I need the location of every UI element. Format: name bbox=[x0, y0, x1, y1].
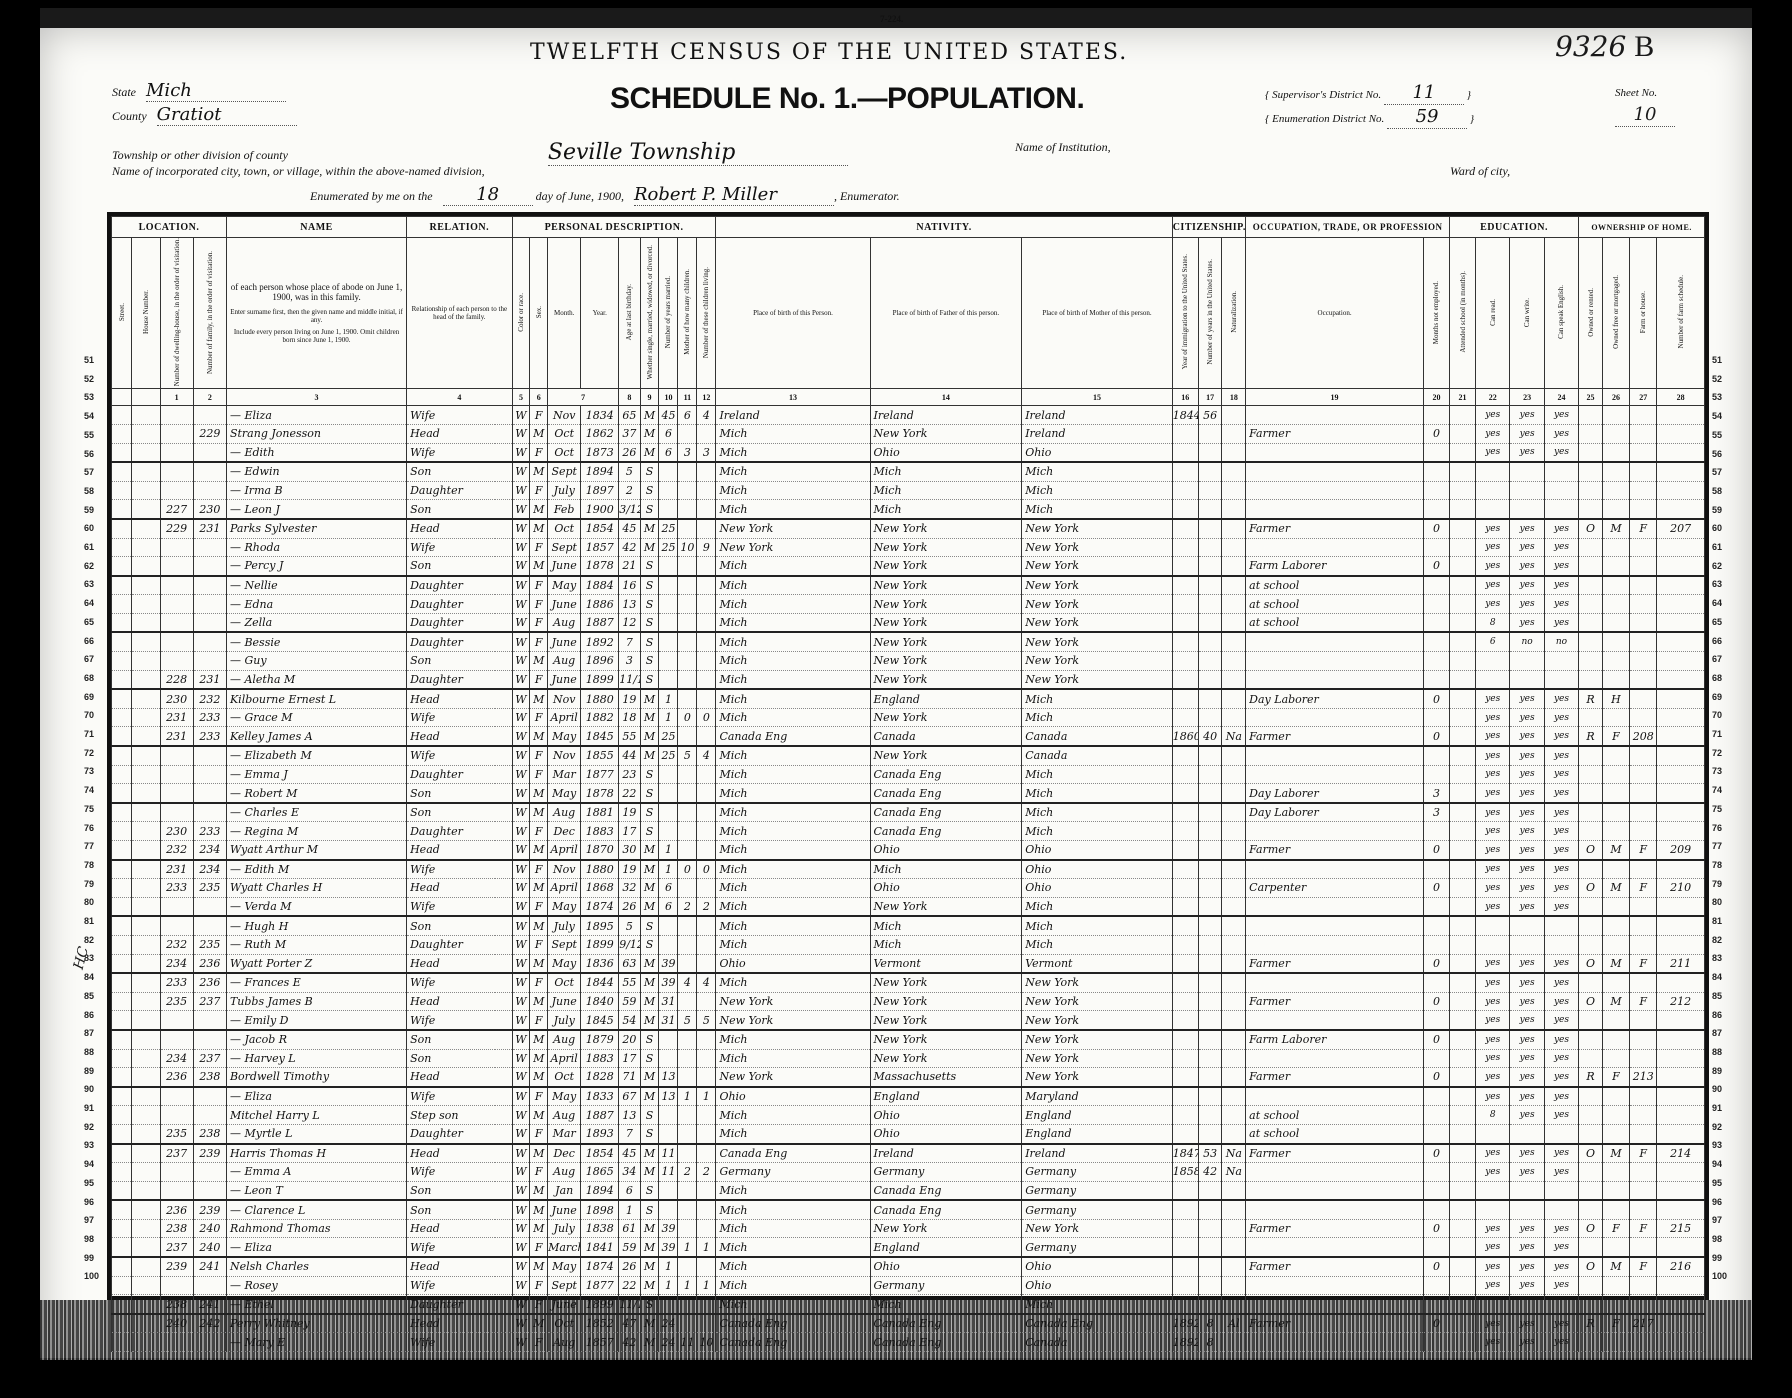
cell-years-us bbox=[1198, 1219, 1222, 1238]
cell-children-living bbox=[697, 689, 716, 708]
cell-pob-mother: Vermont bbox=[1022, 954, 1173, 973]
cell-occupation bbox=[1246, 1181, 1424, 1200]
cell-color: W bbox=[512, 1124, 530, 1143]
cell-family bbox=[193, 784, 226, 803]
cell-age: 20 bbox=[619, 1030, 640, 1049]
line-number: 56 bbox=[1712, 449, 1722, 459]
cell-dwelling bbox=[160, 784, 193, 803]
column-number: 22 bbox=[1476, 389, 1510, 406]
cell-sex: M bbox=[530, 992, 548, 1011]
cell-school bbox=[1450, 443, 1476, 462]
cell-children-living: 3 bbox=[697, 443, 716, 462]
cell-birth-year: 1884 bbox=[581, 576, 619, 595]
cell-pob-person: Mich bbox=[716, 1219, 870, 1238]
cell-years-us bbox=[1198, 538, 1222, 557]
cell-birth-month: Nov bbox=[548, 746, 581, 765]
cell-birth-year: 1878 bbox=[581, 557, 619, 576]
cell-color: W bbox=[512, 1049, 530, 1068]
cell-family: 233 bbox=[193, 822, 226, 841]
cell-farm-schedule bbox=[1657, 443, 1705, 462]
cell-relation: Wife bbox=[407, 973, 512, 992]
cell-relation: Son bbox=[407, 784, 512, 803]
group-citizenship: CITIZENSHIP. bbox=[1172, 217, 1245, 238]
cell-marital: M bbox=[640, 860, 659, 879]
line-number: 75 bbox=[1712, 804, 1722, 814]
cell-family: 240 bbox=[193, 1219, 226, 1238]
cell-farm-house: 217 bbox=[1630, 1314, 1657, 1333]
cell-pob-person: New York bbox=[716, 1068, 870, 1087]
cell-school bbox=[1450, 841, 1476, 860]
line-number: 86 bbox=[1712, 1010, 1722, 1020]
cell-school bbox=[1450, 727, 1476, 746]
cell-free-mortgaged: M bbox=[1602, 841, 1629, 860]
cell-marital: M bbox=[640, 708, 659, 727]
cell-farm-schedule bbox=[1657, 595, 1705, 614]
cell-mother-of: 5 bbox=[678, 746, 697, 765]
line-number: 80 bbox=[1712, 897, 1722, 907]
cell-naturalization bbox=[1222, 708, 1246, 727]
cell-relation: Son bbox=[407, 1049, 512, 1068]
cell-naturalization bbox=[1222, 746, 1246, 765]
cell-can-speak: yes bbox=[1544, 519, 1578, 538]
cell-farm-house bbox=[1630, 803, 1657, 822]
cell-birth-month: June bbox=[548, 632, 581, 651]
cell-occupation: Farmer bbox=[1246, 1314, 1424, 1333]
cell-family: 233 bbox=[193, 708, 226, 727]
cell-immigration bbox=[1172, 822, 1198, 841]
cell-school bbox=[1450, 1314, 1476, 1333]
cell-dwelling: 234 bbox=[160, 1049, 193, 1068]
cell-pob-father: Mich bbox=[870, 935, 1022, 954]
cell-immigration bbox=[1172, 1181, 1198, 1200]
cell-occupation: Farmer bbox=[1246, 992, 1424, 1011]
cell-street bbox=[112, 1049, 132, 1068]
cell-street bbox=[112, 443, 132, 462]
cell-can-read bbox=[1476, 481, 1510, 500]
cell-years-married bbox=[659, 935, 678, 954]
cell-marital: M bbox=[640, 897, 659, 916]
cell-free-mortgaged: M bbox=[1602, 879, 1629, 898]
cell-free-mortgaged: M bbox=[1602, 1144, 1629, 1163]
line-number: 78 bbox=[1712, 860, 1722, 870]
cell-can-write: yes bbox=[1510, 973, 1544, 992]
cell-owned-rented bbox=[1579, 538, 1603, 557]
cell-farm-house bbox=[1630, 1276, 1657, 1295]
cell-sex: F bbox=[530, 973, 548, 992]
column-number: 7 bbox=[548, 389, 619, 406]
cell-can-read: yes bbox=[1476, 557, 1510, 576]
cell-birth-month: July bbox=[548, 1011, 581, 1030]
cell-free-mortgaged bbox=[1602, 406, 1629, 425]
cell-name: — Percy J bbox=[226, 557, 406, 576]
cell-can-speak bbox=[1544, 916, 1578, 935]
line-number: 74 bbox=[84, 785, 94, 795]
supervisor-value: 11 bbox=[1384, 82, 1464, 105]
cell-free-mortgaged bbox=[1602, 935, 1629, 954]
cell-months-unemployed bbox=[1423, 595, 1449, 614]
table-row: — NellieDaughterWFMay188416SMichNew York… bbox=[112, 576, 1705, 595]
col-relation: Relationship of each person to the head … bbox=[407, 238, 512, 389]
cell-free-mortgaged bbox=[1602, 557, 1629, 576]
cell-family bbox=[193, 652, 226, 671]
cell-years-married: 11 bbox=[659, 1163, 678, 1182]
cell-can-read: yes bbox=[1476, 784, 1510, 803]
cell-family: 241 bbox=[193, 1257, 226, 1276]
cell-marital: S bbox=[640, 557, 659, 576]
table-row: — Irma BDaughterWFJuly18972SMichMichMich bbox=[112, 481, 1705, 500]
cell-family: 236 bbox=[193, 973, 226, 992]
cell-mother-of bbox=[678, 670, 697, 689]
cell-relation: Son bbox=[407, 1181, 512, 1200]
table-row: — Elizabeth MWifeWFNov185544M2554MichNew… bbox=[112, 746, 1705, 765]
cell-mother-of bbox=[678, 576, 697, 595]
cell-owned-rented bbox=[1579, 462, 1603, 481]
cell-months-unemployed bbox=[1423, 538, 1449, 557]
line-number: 100 bbox=[84, 1271, 99, 1281]
column-number: 5 bbox=[512, 389, 530, 406]
table-row: — Emma AWifeWFAug186534M1122GermanyGerma… bbox=[112, 1163, 1705, 1182]
cell-immigration bbox=[1172, 595, 1198, 614]
cell-sex: M bbox=[530, 1200, 548, 1219]
cell-can-speak: yes bbox=[1544, 1144, 1578, 1163]
cell-years-married: 1 bbox=[659, 841, 678, 860]
column-number: 23 bbox=[1510, 389, 1544, 406]
cell-pob-person: Mich bbox=[716, 500, 870, 519]
cell-pob-person: Ohio bbox=[716, 1087, 870, 1106]
cell-years-married: 13 bbox=[659, 1087, 678, 1106]
cell-can-write bbox=[1510, 670, 1544, 689]
cell-sex: M bbox=[530, 954, 548, 973]
enumeration-label: Enumeration District No. bbox=[1272, 113, 1384, 125]
cell-months-unemployed bbox=[1423, 576, 1449, 595]
cell-occupation: Farmer bbox=[1246, 1219, 1424, 1238]
cell-birth-month: May bbox=[548, 784, 581, 803]
column-numbers: 1234567891011121314151617181920212223242… bbox=[112, 389, 1705, 406]
cell-pob-person: Mich bbox=[716, 822, 870, 841]
cell-marital: M bbox=[640, 746, 659, 765]
cell-school bbox=[1450, 406, 1476, 425]
cell-age: 19 bbox=[619, 689, 640, 708]
cell-farm-schedule bbox=[1657, 727, 1705, 746]
line-number: 58 bbox=[1712, 486, 1722, 496]
cell-family bbox=[193, 576, 226, 595]
cell-children-living bbox=[697, 954, 716, 973]
cell-relation: Son bbox=[407, 916, 512, 935]
cell-mother-of bbox=[678, 765, 697, 784]
cell-house bbox=[132, 1257, 160, 1276]
cell-family bbox=[193, 462, 226, 481]
cell-family: 237 bbox=[193, 1049, 226, 1068]
cell-farm-house bbox=[1630, 462, 1657, 481]
cell-farm-house: F bbox=[1630, 1257, 1657, 1276]
line-number: 98 bbox=[1712, 1234, 1722, 1244]
cell-years-married: 39 bbox=[659, 1219, 678, 1238]
line-number: 79 bbox=[84, 879, 94, 889]
cell-marital: M bbox=[640, 1314, 659, 1333]
cell-can-write bbox=[1510, 500, 1544, 519]
cell-owned-rented bbox=[1579, 443, 1603, 462]
cell-house bbox=[132, 841, 160, 860]
cell-occupation: at school bbox=[1246, 576, 1424, 595]
cell-relation: Wife bbox=[407, 406, 512, 425]
cell-months-unemployed bbox=[1423, 481, 1449, 500]
cell-can-speak bbox=[1544, 1295, 1578, 1314]
cell-name: — Eliza bbox=[226, 1087, 406, 1106]
cell-family bbox=[193, 803, 226, 822]
cell-dwelling: 236 bbox=[160, 1068, 193, 1087]
cell-house bbox=[132, 576, 160, 595]
cell-months-unemployed bbox=[1423, 652, 1449, 671]
line-number: 82 bbox=[84, 935, 94, 945]
cell-children-living bbox=[697, 1144, 716, 1163]
cell-years-us bbox=[1198, 860, 1222, 879]
cell-pob-mother: Ohio bbox=[1022, 841, 1173, 860]
table-row: 237240— ElizaWifeWFMarch184159M3911MichE… bbox=[112, 1238, 1705, 1257]
cell-family: 235 bbox=[193, 879, 226, 898]
cell-free-mortgaged bbox=[1602, 670, 1629, 689]
cell-immigration: 1892 bbox=[1172, 1314, 1198, 1333]
line-number: 88 bbox=[1712, 1047, 1722, 1057]
cell-color: W bbox=[512, 1181, 530, 1200]
cell-pob-mother: Mich bbox=[1022, 916, 1173, 935]
cell-relation: Son bbox=[407, 557, 512, 576]
cell-school bbox=[1450, 557, 1476, 576]
cell-immigration bbox=[1172, 1106, 1198, 1125]
cell-mother-of: 1 bbox=[678, 1087, 697, 1106]
cell-color: W bbox=[512, 1163, 530, 1182]
column-number bbox=[132, 389, 160, 406]
cell-free-mortgaged bbox=[1602, 1333, 1629, 1352]
cell-pob-mother: Ohio bbox=[1022, 1257, 1173, 1276]
col-house: House Number. bbox=[132, 238, 160, 389]
line-number: 94 bbox=[1712, 1159, 1722, 1169]
cell-street bbox=[112, 462, 132, 481]
cell-years-married bbox=[659, 765, 678, 784]
cell-street bbox=[112, 860, 132, 879]
cell-can-write: yes bbox=[1510, 1163, 1544, 1182]
cell-family bbox=[193, 406, 226, 425]
cell-birth-year: 1834 bbox=[581, 406, 619, 425]
cell-can-write: yes bbox=[1510, 1276, 1544, 1295]
cell-mother-of: 2 bbox=[678, 897, 697, 916]
cell-family: 238 bbox=[193, 1124, 226, 1143]
cell-farm-schedule: 209 bbox=[1657, 841, 1705, 860]
cell-relation: Wife bbox=[407, 1011, 512, 1030]
cell-pob-father: Canada bbox=[870, 727, 1022, 746]
cell-can-read: yes bbox=[1476, 1238, 1510, 1257]
cell-can-speak bbox=[1544, 935, 1578, 954]
cell-can-write: yes bbox=[1510, 1314, 1544, 1333]
cell-age: 37 bbox=[619, 424, 640, 443]
cell-months-unemployed bbox=[1423, 1238, 1449, 1257]
line-number: 58 bbox=[84, 486, 94, 496]
cell-sex: F bbox=[530, 481, 548, 500]
cell-months-unemployed bbox=[1423, 1011, 1449, 1030]
cell-farm-schedule: 211 bbox=[1657, 954, 1705, 973]
cell-relation: Wife bbox=[407, 443, 512, 462]
cell-can-read bbox=[1476, 500, 1510, 519]
cell-children-living bbox=[697, 1124, 716, 1143]
cell-street bbox=[112, 481, 132, 500]
line-number: 51 bbox=[84, 355, 94, 365]
cell-years-us bbox=[1198, 1295, 1222, 1314]
col-years-married: Number of years married. bbox=[659, 238, 678, 389]
line-number: 57 bbox=[84, 467, 94, 477]
group-nativity: NATIVITY. bbox=[716, 217, 1172, 238]
line-number: 68 bbox=[84, 673, 94, 683]
cell-months-unemployed: 0 bbox=[1423, 727, 1449, 746]
cell-can-write bbox=[1510, 935, 1544, 954]
cell-occupation: Farmer bbox=[1246, 424, 1424, 443]
cell-sex: F bbox=[530, 538, 548, 557]
cell-naturalization bbox=[1222, 538, 1246, 557]
cell-family: 231 bbox=[193, 670, 226, 689]
cell-months-unemployed bbox=[1423, 1049, 1449, 1068]
cell-farm-schedule bbox=[1657, 1011, 1705, 1030]
cell-immigration: 1858 bbox=[1172, 1163, 1198, 1182]
cell-birth-year: 1879 bbox=[581, 1030, 619, 1049]
line-number: 81 bbox=[84, 916, 94, 926]
line-number: 68 bbox=[1712, 673, 1722, 683]
cell-can-write bbox=[1510, 916, 1544, 935]
cell-children-living bbox=[697, 1030, 716, 1049]
cell-name: — Rhoda bbox=[226, 538, 406, 557]
cell-birth-year: 1899 bbox=[581, 935, 619, 954]
cell-months-unemployed bbox=[1423, 613, 1449, 632]
cell-children-living bbox=[697, 613, 716, 632]
cell-pob-mother: Mich bbox=[1022, 935, 1173, 954]
cell-pob-father: Canada Eng bbox=[870, 822, 1022, 841]
cell-age: 17 bbox=[619, 822, 640, 841]
cell-school bbox=[1450, 576, 1476, 595]
cell-relation: Son bbox=[407, 803, 512, 822]
cell-color: W bbox=[512, 1276, 530, 1295]
cell-marital: S bbox=[640, 1030, 659, 1049]
cell-color: W bbox=[512, 1068, 530, 1087]
cell-owned-rented bbox=[1579, 1030, 1603, 1049]
cell-can-read: 8 bbox=[1476, 613, 1510, 632]
cell-mother-of bbox=[678, 1106, 697, 1125]
state-label: State bbox=[112, 85, 136, 99]
cell-years-us bbox=[1198, 1011, 1222, 1030]
cell-years-us bbox=[1198, 992, 1222, 1011]
cell-years-married bbox=[659, 576, 678, 595]
cell-months-unemployed: 0 bbox=[1423, 424, 1449, 443]
cell-street bbox=[112, 727, 132, 746]
column-number: 2 bbox=[193, 389, 226, 406]
cell-can-read: yes bbox=[1476, 689, 1510, 708]
cell-sex: F bbox=[530, 860, 548, 879]
cell-sex: F bbox=[530, 746, 548, 765]
column-number: 24 bbox=[1544, 389, 1578, 406]
line-number: 89 bbox=[1712, 1066, 1722, 1076]
cell-children-living bbox=[697, 1181, 716, 1200]
cell-years-us bbox=[1198, 576, 1222, 595]
cell-marital: S bbox=[640, 1295, 659, 1314]
cell-pob-father: England bbox=[870, 689, 1022, 708]
cell-can-speak: yes bbox=[1544, 1238, 1578, 1257]
cell-farm-schedule bbox=[1657, 1068, 1705, 1087]
cell-farm-schedule bbox=[1657, 1049, 1705, 1068]
line-number: 64 bbox=[84, 598, 94, 608]
cell-house bbox=[132, 481, 160, 500]
cell-pob-mother: Mich bbox=[1022, 462, 1173, 481]
cell-months-unemployed: 0 bbox=[1423, 954, 1449, 973]
cell-name: — Emily D bbox=[226, 1011, 406, 1030]
cell-relation: Head bbox=[407, 841, 512, 860]
cell-marital: S bbox=[640, 462, 659, 481]
cell-pob-mother: Mich bbox=[1022, 500, 1173, 519]
cell-months-unemployed: 0 bbox=[1423, 689, 1449, 708]
cell-marital: S bbox=[640, 576, 659, 595]
cell-can-read: yes bbox=[1476, 1163, 1510, 1182]
cell-birth-month: May bbox=[548, 1257, 581, 1276]
cell-birth-month: Sept bbox=[548, 935, 581, 954]
cell-farm-house bbox=[1630, 1049, 1657, 1068]
stamp-number: 9326 bbox=[1555, 30, 1626, 63]
cell-birth-month: July bbox=[548, 1219, 581, 1238]
cell-color: W bbox=[512, 1011, 530, 1030]
cell-pob-father: Germany bbox=[870, 1276, 1022, 1295]
line-number: 73 bbox=[1712, 766, 1722, 776]
cell-sex: F bbox=[530, 708, 548, 727]
cell-birth-year: 1893 bbox=[581, 1124, 619, 1143]
cell-children-living: 1 bbox=[697, 1238, 716, 1257]
line-number: 99 bbox=[1712, 1253, 1722, 1263]
cell-pob-father: New York bbox=[870, 1011, 1022, 1030]
line-number: 91 bbox=[1712, 1103, 1722, 1113]
cell-farm-house: 208 bbox=[1630, 727, 1657, 746]
cell-naturalization bbox=[1222, 860, 1246, 879]
cell-name: — Emma A bbox=[226, 1163, 406, 1182]
cell-color: W bbox=[512, 973, 530, 992]
cell-name: Mitchel Harry L bbox=[226, 1106, 406, 1125]
line-number: 65 bbox=[84, 617, 94, 627]
cell-free-mortgaged bbox=[1602, 1087, 1629, 1106]
cell-pob-person: New York bbox=[716, 992, 870, 1011]
table-row: 234236Wyatt Porter ZHeadWMMay183663M39Oh… bbox=[112, 954, 1705, 973]
cell-marital: M bbox=[640, 1011, 659, 1030]
cell-family bbox=[193, 765, 226, 784]
cell-birth-month: Nov bbox=[548, 860, 581, 879]
cell-can-read: yes bbox=[1476, 1144, 1510, 1163]
cell-occupation bbox=[1246, 973, 1424, 992]
cell-street bbox=[112, 897, 132, 916]
cell-can-write bbox=[1510, 1295, 1544, 1314]
cell-pob-father: New York bbox=[870, 670, 1022, 689]
cell-mother-of bbox=[678, 822, 697, 841]
cell-naturalization: Na bbox=[1222, 727, 1246, 746]
cell-years-us bbox=[1198, 557, 1222, 576]
cell-farm-house: F bbox=[1630, 954, 1657, 973]
line-number: 83 bbox=[84, 953, 94, 963]
cell-can-write: yes bbox=[1510, 1257, 1544, 1276]
cell-years-married bbox=[659, 784, 678, 803]
cell-family bbox=[193, 481, 226, 500]
cell-years-us bbox=[1198, 897, 1222, 916]
cell-owned-rented bbox=[1579, 765, 1603, 784]
cell-house bbox=[132, 1314, 160, 1333]
cell-free-mortgaged bbox=[1602, 1276, 1629, 1295]
cell-immigration bbox=[1172, 935, 1198, 954]
cell-can-write: yes bbox=[1510, 1068, 1544, 1087]
cell-color: W bbox=[512, 500, 530, 519]
col-occupation: Occupation. bbox=[1246, 238, 1424, 389]
cell-immigration bbox=[1172, 765, 1198, 784]
cell-years-married: 1 bbox=[659, 689, 678, 708]
enumeration-value: 59 bbox=[1387, 106, 1467, 129]
table-row: 230232Kilbourne Ernest LHeadWMNov188019M… bbox=[112, 689, 1705, 708]
